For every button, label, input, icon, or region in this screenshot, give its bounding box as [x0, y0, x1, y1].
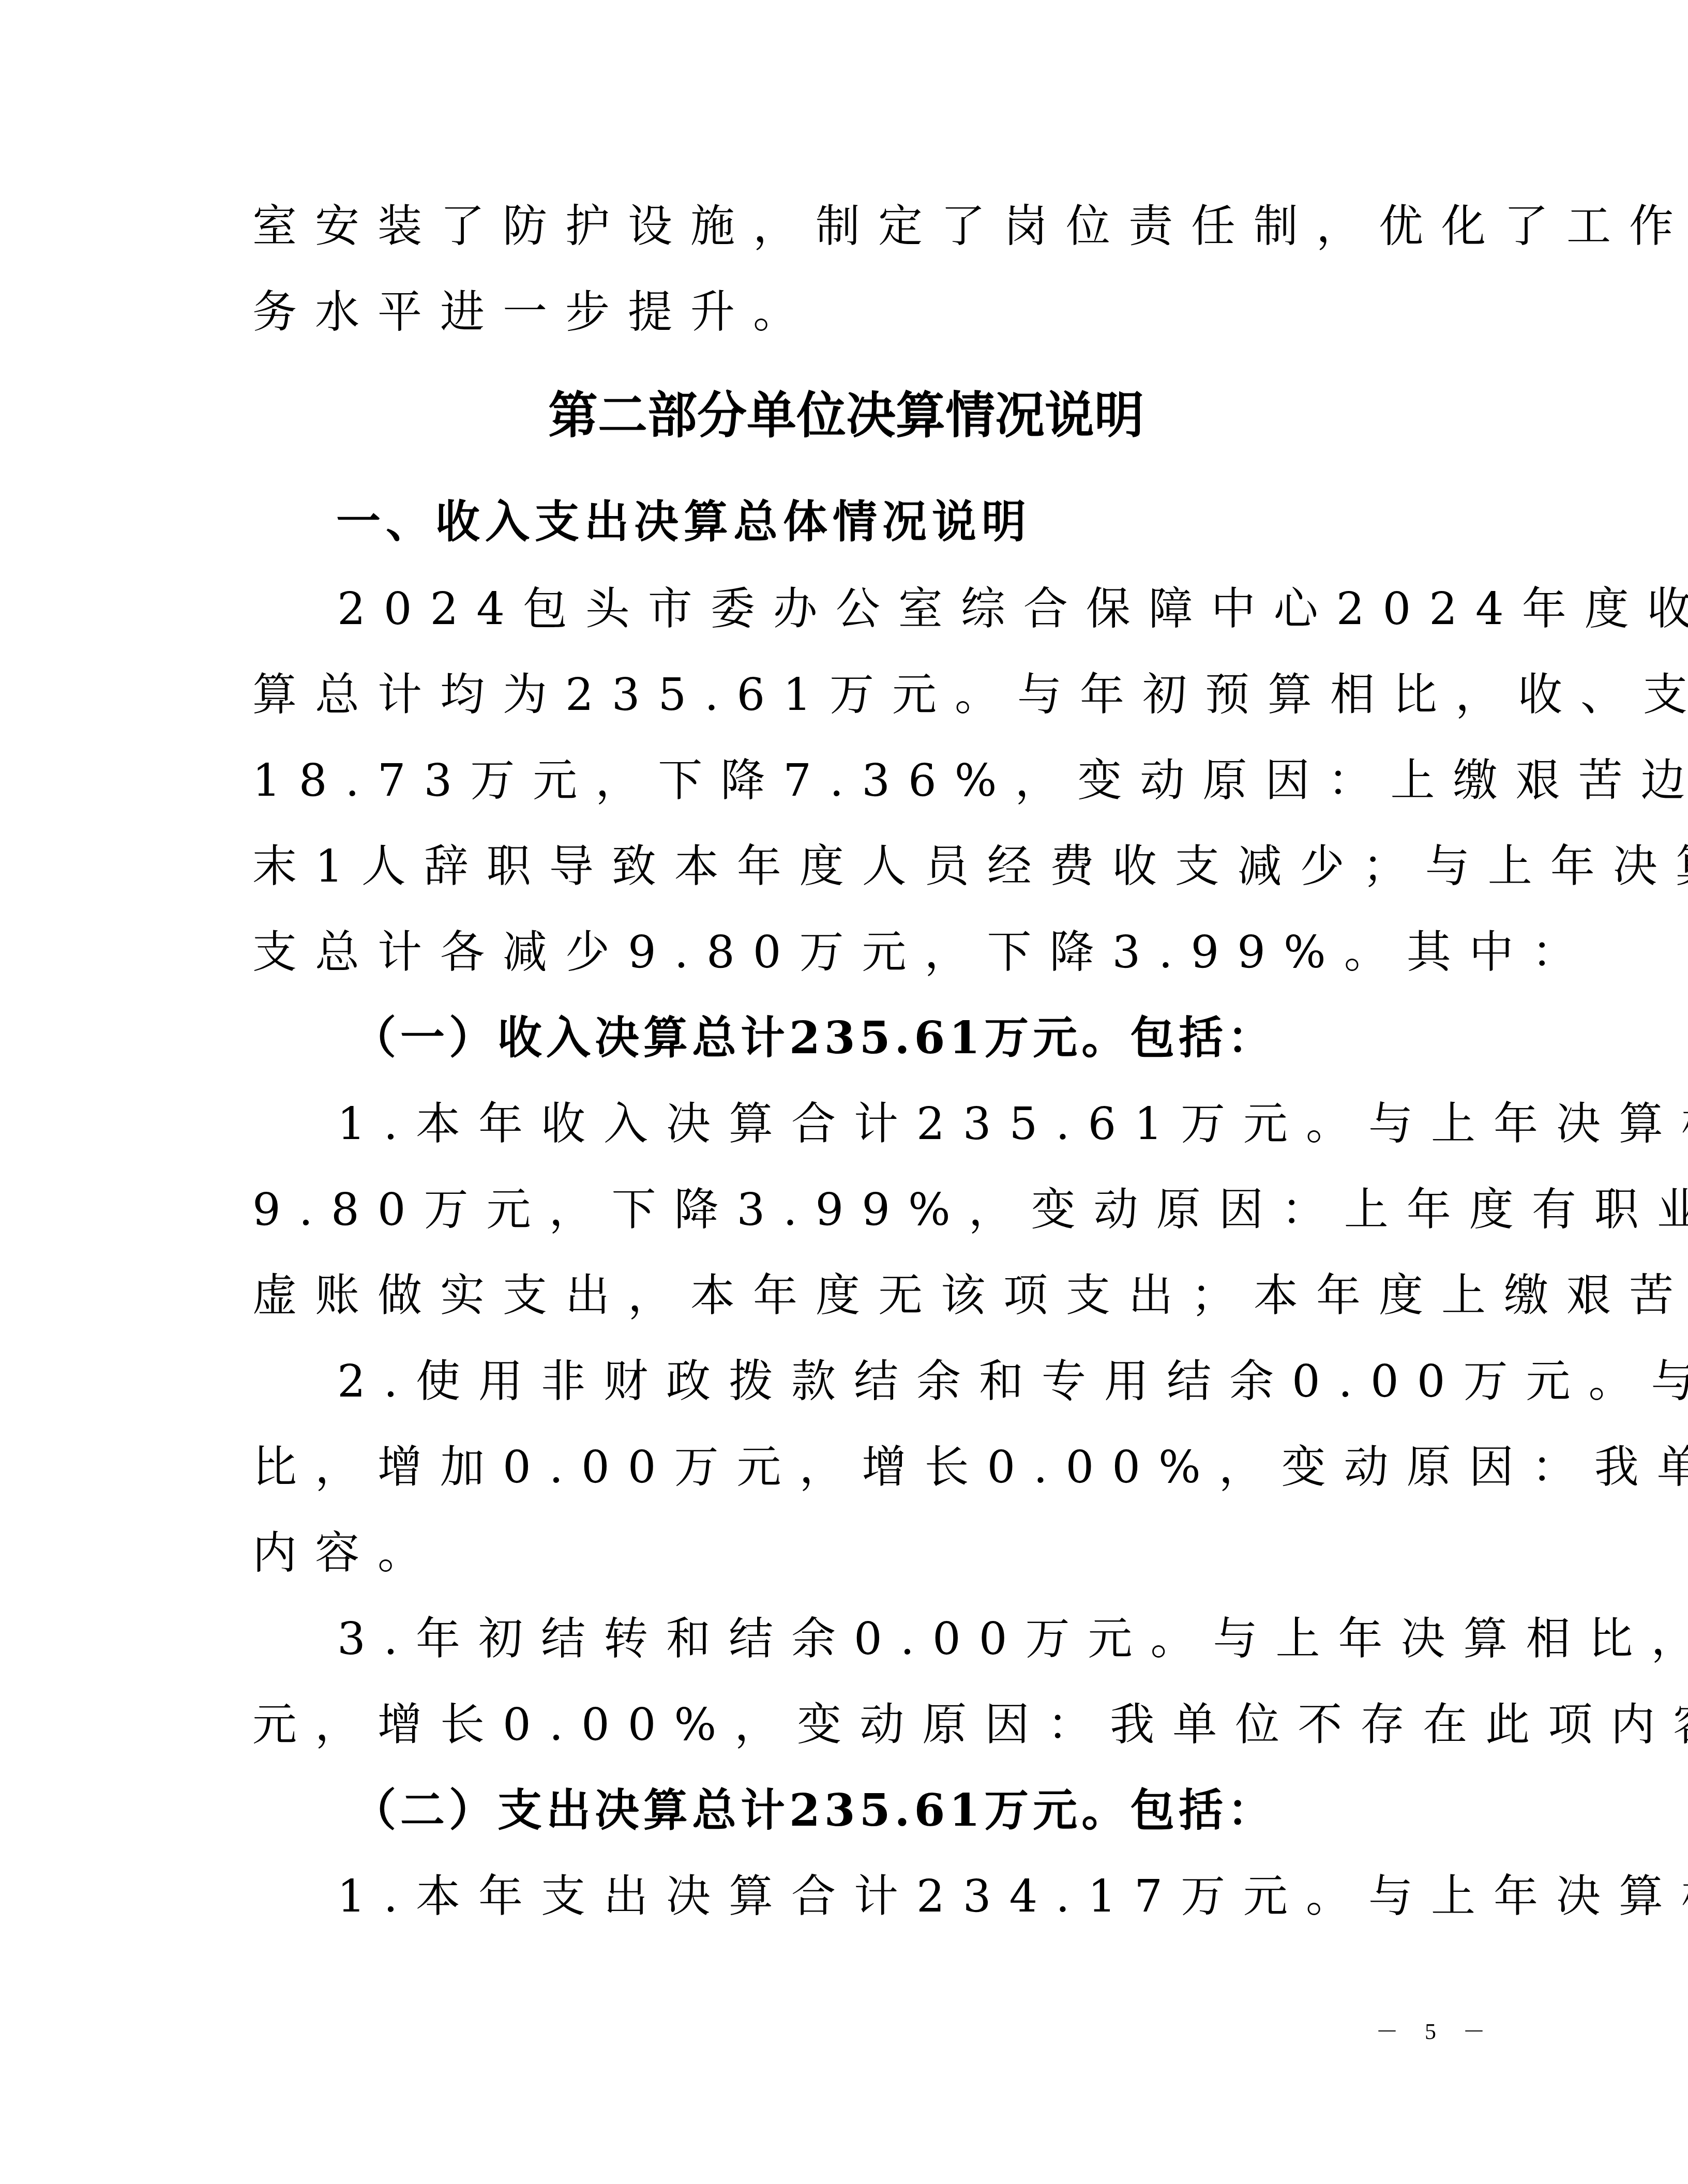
document-page: 室安装了防护设施，制定了岗位责任制，优化了工作流程，服 务水平进一步提升。 第二… [0, 0, 1688, 2184]
paragraph-line: 末1人辞职导致本年度人员经费收支减少；与上年决算相比，收、 [252, 841, 1442, 892]
paragraph-line: 支总计各减少9.80万元，下降3.99%。其中： [252, 927, 1442, 978]
page-number: － 5 － [1376, 2019, 1496, 2045]
subsection-heading-expenditure: （二）支出决算总计235.61万元。包括： [352, 1785, 1276, 1837]
paragraph-line: 18.73万元，下降7.36%，变动原因：上缴艰苦边远补贴及上年 [252, 755, 1442, 807]
paragraph-line: 元，增长0.00%，变动原因：我单位不存在此项内容。 [252, 1699, 1442, 1751]
paragraph-line: 2.使用非财政拨款结余和专用结余0.00万元。与上年决算相 [337, 1356, 1527, 1407]
paragraph-line: 虚账做实支出，本年度无该项支出；本年度上缴艰苦边远补贴。 [252, 1270, 1442, 1322]
paragraph-line: 1.本年收入决算合计235.61万元。与上年决算相比，减少 [337, 1098, 1527, 1150]
paragraph-line: 比，增加0.00万元，增长0.00%，变动原因：我单位不存在此项 [252, 1442, 1442, 1493]
paragraph-line: 3.年初结转和结余0.00万元。与上年决算相比，增加0.00万 [337, 1613, 1527, 1665]
subsection-heading-income: （一）收入决算总计235.61万元。包括： [352, 1012, 1276, 1064]
section-heading: 一、收入支出决算总体情况说明 [336, 496, 1031, 548]
paragraph-line: 2024包头市委办公室综合保障中心2024年度收入、支出决 [337, 583, 1527, 635]
part-title: 第二部分单位决算情况说明 [548, 387, 1148, 444]
paragraph-line: 务水平进一步提升。 [252, 286, 1442, 338]
paragraph-line: 算总计均为235.61万元。与年初预算相比，收、支总计各减少 [252, 669, 1442, 721]
paragraph-line: 室安装了防护设施，制定了岗位责任制，优化了工作流程，服 [252, 201, 1442, 252]
paragraph-line: 内容。 [252, 1527, 1442, 1579]
paragraph-line: 9.80万元，下降3.99%，变动原因：上年度有职业年金单位部分 [252, 1184, 1442, 1236]
paragraph-line: 1.本年支出决算合计234.17万元。与上年决算相比，减少 [337, 1871, 1527, 1922]
